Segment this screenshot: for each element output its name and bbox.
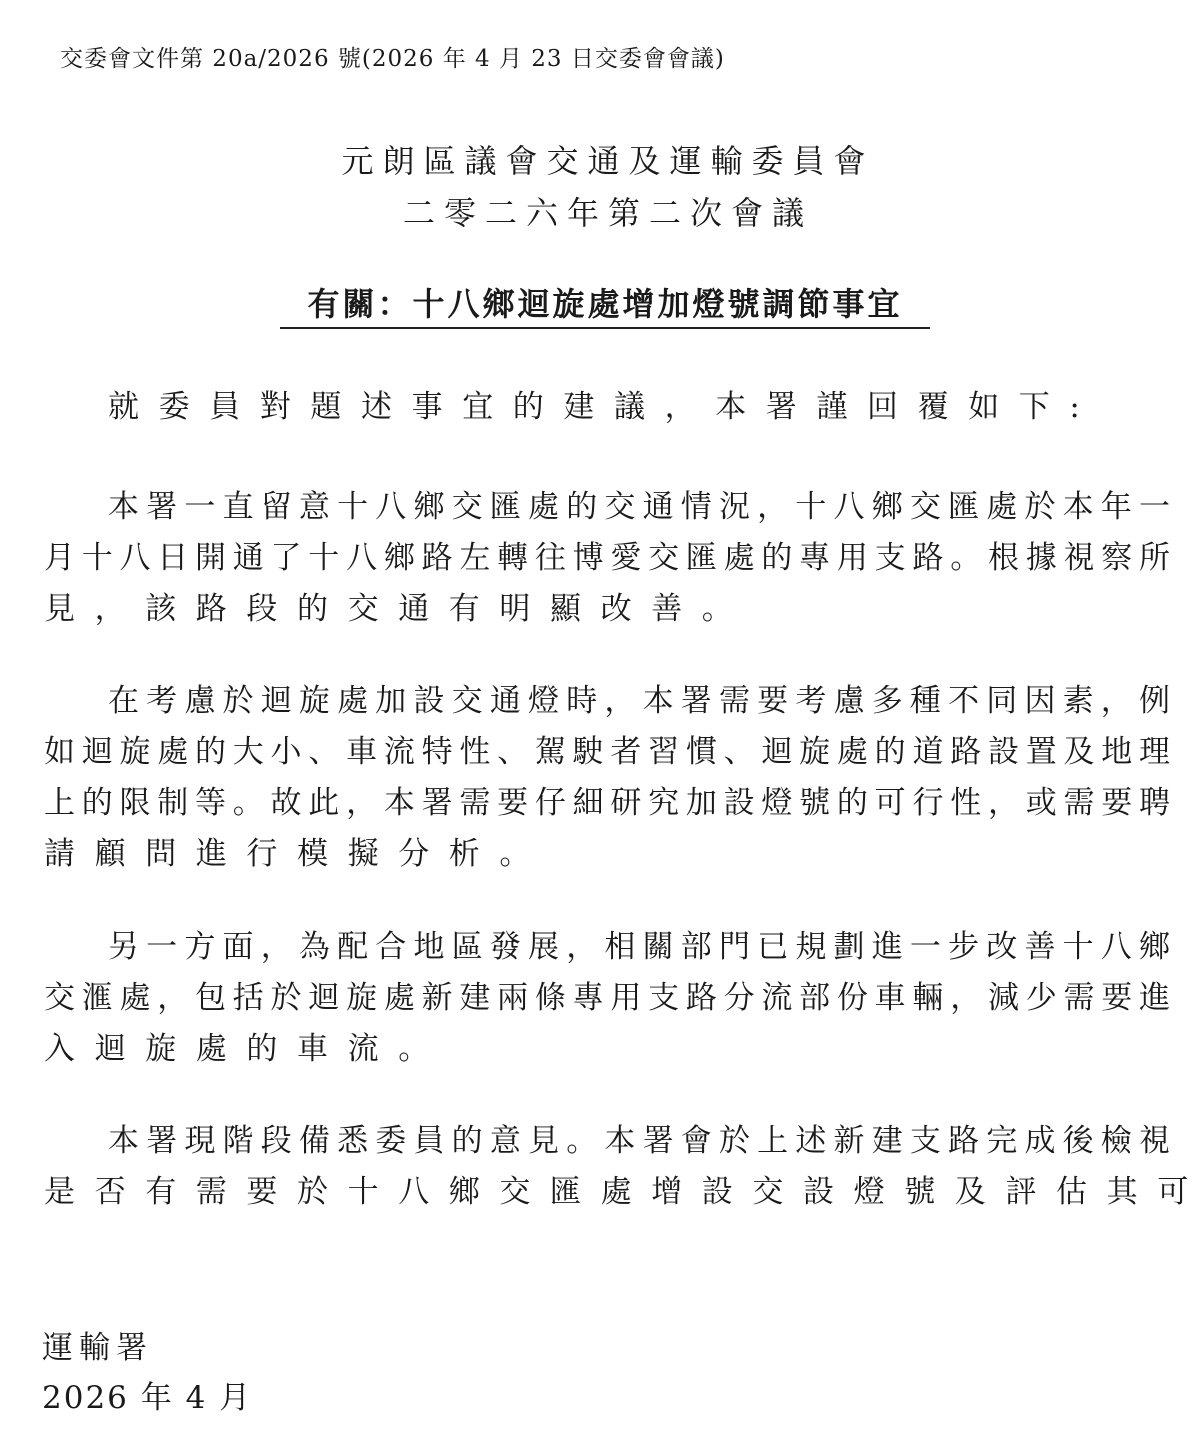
subject-title: 有關：十八鄉迴旋處增加燈號調節事宜 — [280, 283, 930, 329]
meeting-heading: 二零二六年第二次會議 — [6, 188, 1204, 234]
paragraph-intro: 就委員對題述事宜的建議，本署謹回覆如下: — [44, 382, 1170, 433]
paragraph-line: 入迴旋處的車流。 — [44, 1024, 1170, 1075]
paragraph-line: 另一方面，為配合地區發展，相關部門已規劃進一步改善十八鄉 — [44, 922, 1170, 973]
committee-heading: 元朗區議會交通及運輸委員會 — [6, 136, 1204, 182]
signature-department: 運輸署 — [42, 1322, 153, 1367]
paragraph-line: 交滙處，包括於迴旋處新建兩條專用支路分流部份車輛，減少需要進 — [44, 973, 1170, 1024]
document-reference: 交委會文件第 20a/2026 號(2026 年 4 月 23 日交委會會議) — [60, 40, 725, 73]
paragraph-4: 本署現階段備悉委員的意見。本署會於上述新建支路完成後檢視 是否有需要於十八鄉交匯… — [44, 1116, 1170, 1218]
paragraph-2: 在考慮於迴旋處加設交通燈時，本署需要考慮多種不同因素，例 如迴旋處的大小、車流特… — [44, 676, 1170, 880]
paragraph-line: 本署一直留意十八鄉交匯處的交通情況，十八鄉交匯處於本年一 — [44, 482, 1170, 533]
paragraph-line: 月十八日開通了十八鄉路左轉往博愛交匯處的專用支路。根據視察所 — [44, 533, 1170, 584]
paragraph-line: 就委員對題述事宜的建議，本署謹回覆如下: — [44, 382, 1170, 433]
paragraph-line: 上的限制等。故此，本署需要仔細研究加設燈號的可行性，或需要聘 — [44, 778, 1170, 829]
paragraph-line: 如迴旋處的大小、車流特性、駕駛者習慣、迴旋處的道路設置及地理 — [44, 727, 1170, 778]
paragraph-line: 本署現階段備悉委員的意見。本署會於上述新建支路完成後檢視 — [44, 1116, 1170, 1167]
paragraph-line: 是否有需要於十八鄉交匯處增設交設燈號及評估其可行性。 — [44, 1167, 1170, 1218]
paragraph-3: 另一方面，為配合地區發展，相關部門已規劃進一步改善十八鄉 交滙處，包括於迴旋處新… — [44, 922, 1170, 1075]
paragraph-1: 本署一直留意十八鄉交匯處的交通情況，十八鄉交匯處於本年一 月十八日開通了十八鄉路… — [44, 482, 1170, 635]
paragraph-line: 見，該路段的交通有明顯改善。 — [44, 584, 1170, 635]
paragraph-line: 在考慮於迴旋處加設交通燈時，本署需要考慮多種不同因素，例 — [44, 676, 1170, 727]
paragraph-line: 請顧問進行模擬分析。 — [44, 829, 1170, 880]
signature-date: 2026 年 4 月 — [42, 1372, 252, 1417]
